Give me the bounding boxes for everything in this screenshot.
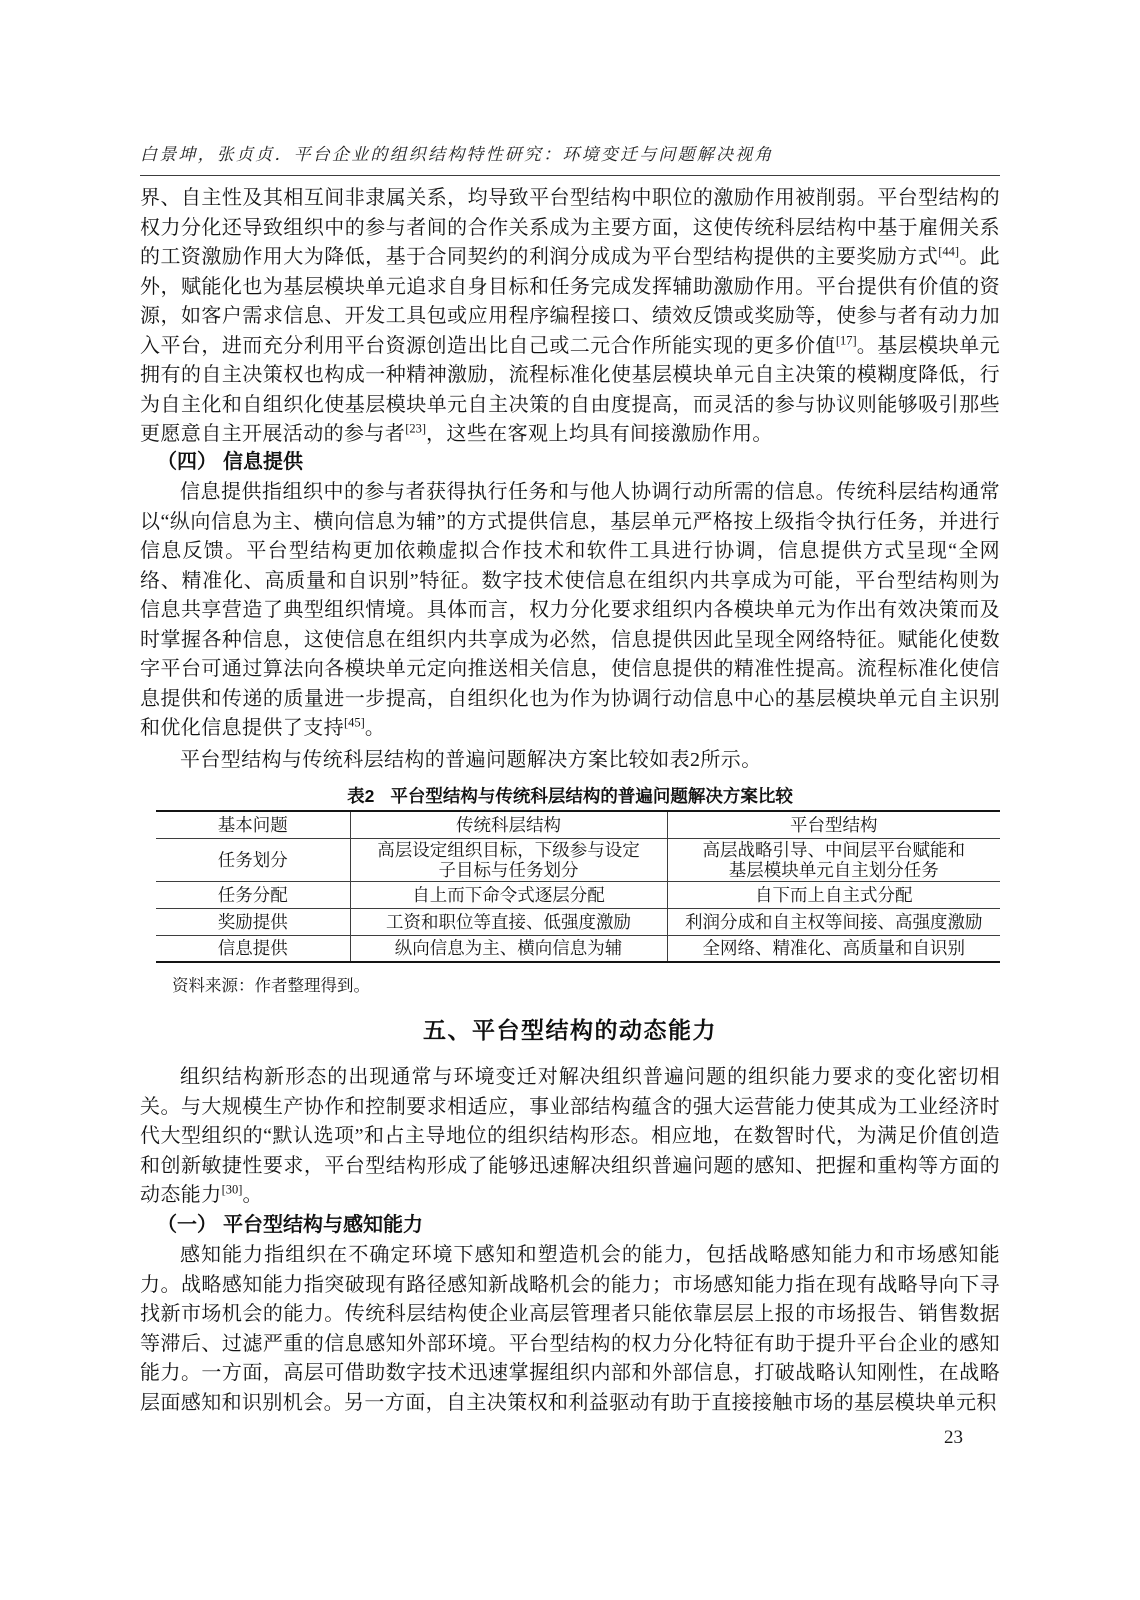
table-caption-label: 表2	[347, 786, 374, 806]
paragraph-incentive-continuation: 界、自主性及其相互间非隶属关系，均导致平台型结构中职位的激励作用被削弱。平台型结…	[140, 184, 1000, 450]
paragraph-sensing-capability: 感知能力指组织在不确定环境下感知和塑造机会的能力，包括战略感知能力和市场感知能力…	[140, 1241, 1000, 1418]
table-cell: 利润分成和自主权等间接、高强度激励	[667, 908, 1000, 935]
table-cell: 任务分配	[156, 881, 350, 908]
table-cell: 全网络、精准化、高质量和自识别	[667, 935, 1000, 962]
table-cell: 任务划分	[156, 838, 350, 881]
comparison-table-wrap: 基本问题传统科层结构平台型结构 任务划分高层设定组织目标，下级参与设定 子目标与…	[156, 810, 1000, 963]
citation-ref: [23]	[405, 421, 426, 435]
table-cell: 高层设定组织目标，下级参与设定 子目标与任务划分	[350, 838, 667, 881]
subsection-label: （四）	[157, 451, 217, 473]
table-cell: 信息提供	[156, 935, 350, 962]
paragraph-information-provision: 信息提供指组织中的参与者获得执行任务和与他人协调行动所需的信息。传统科层结构通常…	[140, 478, 1000, 744]
table-row: 任务划分高层设定组织目标，下级参与设定 子目标与任务划分高层战略引导、中间层平台…	[156, 838, 1000, 881]
table-cell: 奖励提供	[156, 908, 350, 935]
table-cell: 纵向信息为主、横向信息为辅	[350, 935, 667, 962]
comparison-table: 基本问题传统科层结构平台型结构 任务划分高层设定组织目标，下级参与设定 子目标与…	[156, 810, 1000, 963]
subsection-label: （一）	[157, 1214, 217, 1236]
table-row: 奖励提供工资和职位等直接、低强度激励利润分成和自主权等间接、高强度激励	[156, 908, 1000, 935]
table-cell: 传统科层结构	[350, 811, 667, 838]
table-cell: 工资和职位等直接、低强度激励	[350, 908, 667, 935]
citation-ref: [45]	[344, 715, 365, 729]
paragraph-table-intro: 平台型结构与传统科层结构的普遍问题解决方案比较如表2所示。	[140, 746, 1000, 776]
table-body: 任务划分高层设定组织目标，下级参与设定 子目标与任务划分高层战略引导、中间层平台…	[156, 838, 1000, 962]
paragraph-dynamic-capability: 组织结构新形态的出现通常与环境变迁对解决组织普遍问题的组织能力要求的变化密切相关…	[140, 1063, 1000, 1211]
subsection-heading-1: （一）平台型结构与感知能力	[140, 1211, 1000, 1240]
table-row: 任务分配自上而下命令式逐层分配自下而上自主式分配	[156, 881, 1000, 908]
table-caption: 表2平台型结构与传统科层结构的普遍问题解决方案比较	[140, 784, 1000, 808]
subsection-title: 信息提供	[223, 451, 303, 473]
table-header: 基本问题传统科层结构平台型结构	[156, 811, 1000, 838]
table-row: 基本问题传统科层结构平台型结构	[156, 811, 1000, 838]
table-caption-title: 平台型结构与传统科层结构的普遍问题解决方案比较	[390, 786, 793, 806]
table-source-note: 资料来源：作者整理得到。	[172, 974, 1000, 997]
paper-page: 白景坤，张贞贞．平台企业的组织结构特性研究：环境变迁与问题解决视角 界、自主性及…	[0, 0, 1140, 1600]
citation-ref: [30]	[222, 1182, 243, 1196]
page-number: 23	[140, 1426, 963, 1450]
subsection-title: 平台型结构与感知能力	[223, 1214, 423, 1236]
table-row: 信息提供纵向信息为主、横向信息为辅全网络、精准化、高质量和自识别	[156, 935, 1000, 962]
running-header: 白景坤，张贞贞．平台企业的组织结构特性研究：环境变迁与问题解决视角	[140, 143, 1000, 167]
section-5-heading: 五、平台型结构的动态能力	[140, 1014, 1000, 1046]
citation-ref: [44]	[938, 244, 959, 258]
table-cell: 自上而下命令式逐层分配	[350, 881, 667, 908]
table-cell: 基本问题	[156, 811, 350, 838]
citation-ref: [17]	[836, 333, 857, 347]
subsection-heading-4: （四）信息提供	[140, 448, 1000, 477]
header-divider	[140, 175, 1000, 176]
table-cell: 平台型结构	[667, 811, 1000, 838]
table-cell: 高层战略引导、中间层平台赋能和 基层模块单元自主划分任务	[667, 838, 1000, 881]
table-cell: 自下而上自主式分配	[667, 881, 1000, 908]
